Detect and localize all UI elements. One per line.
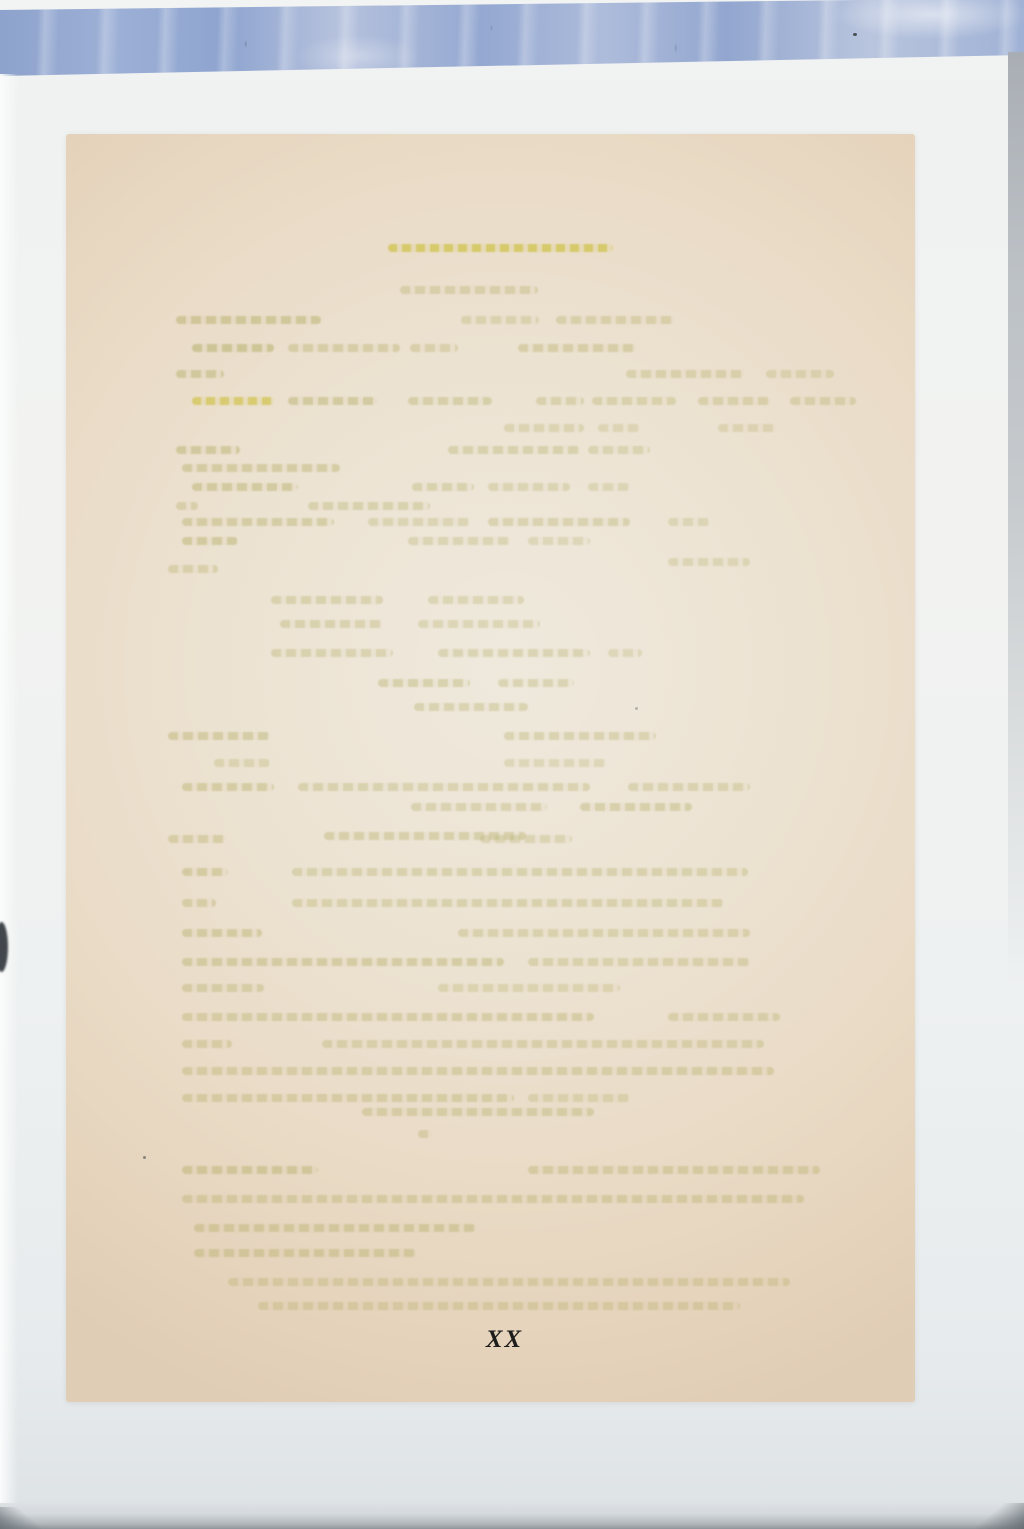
ghost-text-line	[182, 984, 264, 992]
ghost-text-line	[182, 958, 504, 966]
ghost-text-line	[588, 446, 650, 454]
photo-corner-shadow-left	[0, 1507, 42, 1529]
ghost-text-line	[182, 1094, 514, 1102]
ghost-text-line	[414, 703, 528, 711]
ghost-text-line	[412, 483, 474, 491]
ghost-text-line	[182, 464, 340, 472]
ghost-text-line	[182, 1013, 594, 1021]
ghost-text-line	[182, 1195, 804, 1203]
ghost-text-line	[790, 397, 856, 405]
ghost-text-line	[194, 1249, 416, 1257]
ghost-text-line	[271, 649, 393, 657]
ghost-text-line	[498, 679, 574, 687]
ghost-text-line	[182, 518, 334, 526]
blue-strip-texture	[0, 0, 1024, 80]
ghost-text-line	[182, 899, 216, 907]
ghost-text-line	[418, 1130, 432, 1138]
ghost-text-line	[588, 483, 630, 491]
ghost-text-line	[176, 446, 240, 454]
ghost-text-line	[504, 424, 584, 432]
ghost-text-line	[176, 316, 321, 324]
ghost-text-line	[536, 397, 584, 405]
ghost-text-line	[182, 1040, 232, 1048]
ghost-text-line	[182, 1166, 318, 1174]
ghost-text-line	[400, 286, 538, 294]
ghost-text-line	[628, 783, 750, 791]
photo-right-edge-shadow	[1008, 52, 1024, 1152]
ghost-text-line	[168, 835, 226, 843]
ghost-text-line	[308, 502, 430, 510]
blue-cover-strip	[0, 0, 1024, 80]
ghost-text-line	[480, 835, 572, 843]
ghost-text-line	[182, 868, 228, 876]
ghost-text-line	[592, 397, 676, 405]
photo-corner-shadow-right	[976, 1503, 1024, 1529]
ghost-text-line	[668, 558, 750, 566]
ghost-text-line	[228, 1278, 790, 1286]
ghost-text-line	[428, 596, 524, 604]
ghost-text-line	[298, 783, 590, 791]
ghost-text-line	[766, 370, 834, 378]
ghost-text-line	[182, 929, 262, 937]
ghost-text-line	[461, 316, 539, 324]
ghost-text-line	[194, 1224, 476, 1232]
ghost-text-line	[438, 649, 590, 657]
ghost-text-line	[362, 1108, 594, 1116]
ghost-text-line	[378, 679, 470, 687]
ghost-text-line	[168, 565, 218, 573]
ghost-text-line	[258, 1302, 740, 1310]
ghost-text-line	[718, 424, 776, 432]
ghost-text-line	[408, 537, 510, 545]
ghost-text-line	[626, 370, 744, 378]
ghost-text-line	[192, 344, 274, 352]
ghost-text-line	[528, 537, 590, 545]
ghost-text-line	[698, 397, 770, 405]
ghost-text-line	[598, 424, 640, 432]
ghost-text-line	[292, 899, 724, 907]
ghost-text-line	[608, 649, 642, 657]
ghost-text-line	[182, 783, 274, 791]
ghost-text-line	[288, 397, 378, 405]
ghost-text-line	[214, 759, 270, 767]
ghost-text-line	[518, 344, 636, 352]
ghost-text-line	[438, 984, 620, 992]
faded-page: XX	[66, 134, 915, 1402]
ghost-text-line	[668, 518, 710, 526]
dust-speck	[143, 1156, 146, 1159]
ghost-text-line	[388, 244, 613, 252]
ghost-text-line	[292, 868, 748, 876]
ghost-text-line	[504, 759, 606, 767]
ghost-text-line	[556, 316, 674, 324]
ghost-text-line	[288, 344, 400, 352]
ghost-text-line	[182, 537, 238, 545]
page-number: XX	[486, 1326, 523, 1354]
photo-bottom-edge-shadow	[0, 1501, 1024, 1529]
ghost-text-line	[408, 397, 492, 405]
ghost-text-line	[488, 518, 630, 526]
ghost-text-line	[411, 803, 547, 811]
photographed-book-page: XX	[0, 0, 1024, 1529]
ghost-text-line	[182, 1067, 774, 1075]
ghost-text-line	[580, 803, 692, 811]
ghost-text-layer	[66, 134, 915, 1402]
ghost-text-line	[528, 1094, 630, 1102]
ghost-text-line	[668, 1013, 780, 1021]
ghost-text-line	[176, 370, 224, 378]
ghost-text-line	[458, 929, 750, 937]
ghost-text-line	[448, 446, 580, 454]
ghost-text-line	[410, 344, 458, 352]
ghost-text-line	[322, 1040, 764, 1048]
backing-sheet-left-margin	[0, 74, 18, 1503]
ghost-text-line	[280, 620, 382, 628]
ghost-text-line	[271, 596, 383, 604]
ghost-text-line	[528, 1166, 820, 1174]
ghost-text-line	[418, 620, 540, 628]
dust-speck	[635, 707, 638, 710]
ghost-text-line	[192, 483, 298, 491]
ghost-text-line	[192, 397, 274, 405]
ghost-text-line	[528, 958, 750, 966]
ghost-text-line	[504, 732, 656, 740]
ghost-text-line	[368, 518, 470, 526]
ghost-text-line	[488, 483, 570, 491]
ghost-text-line	[176, 502, 198, 510]
ghost-text-line	[168, 732, 270, 740]
dust-speck	[853, 33, 857, 36]
